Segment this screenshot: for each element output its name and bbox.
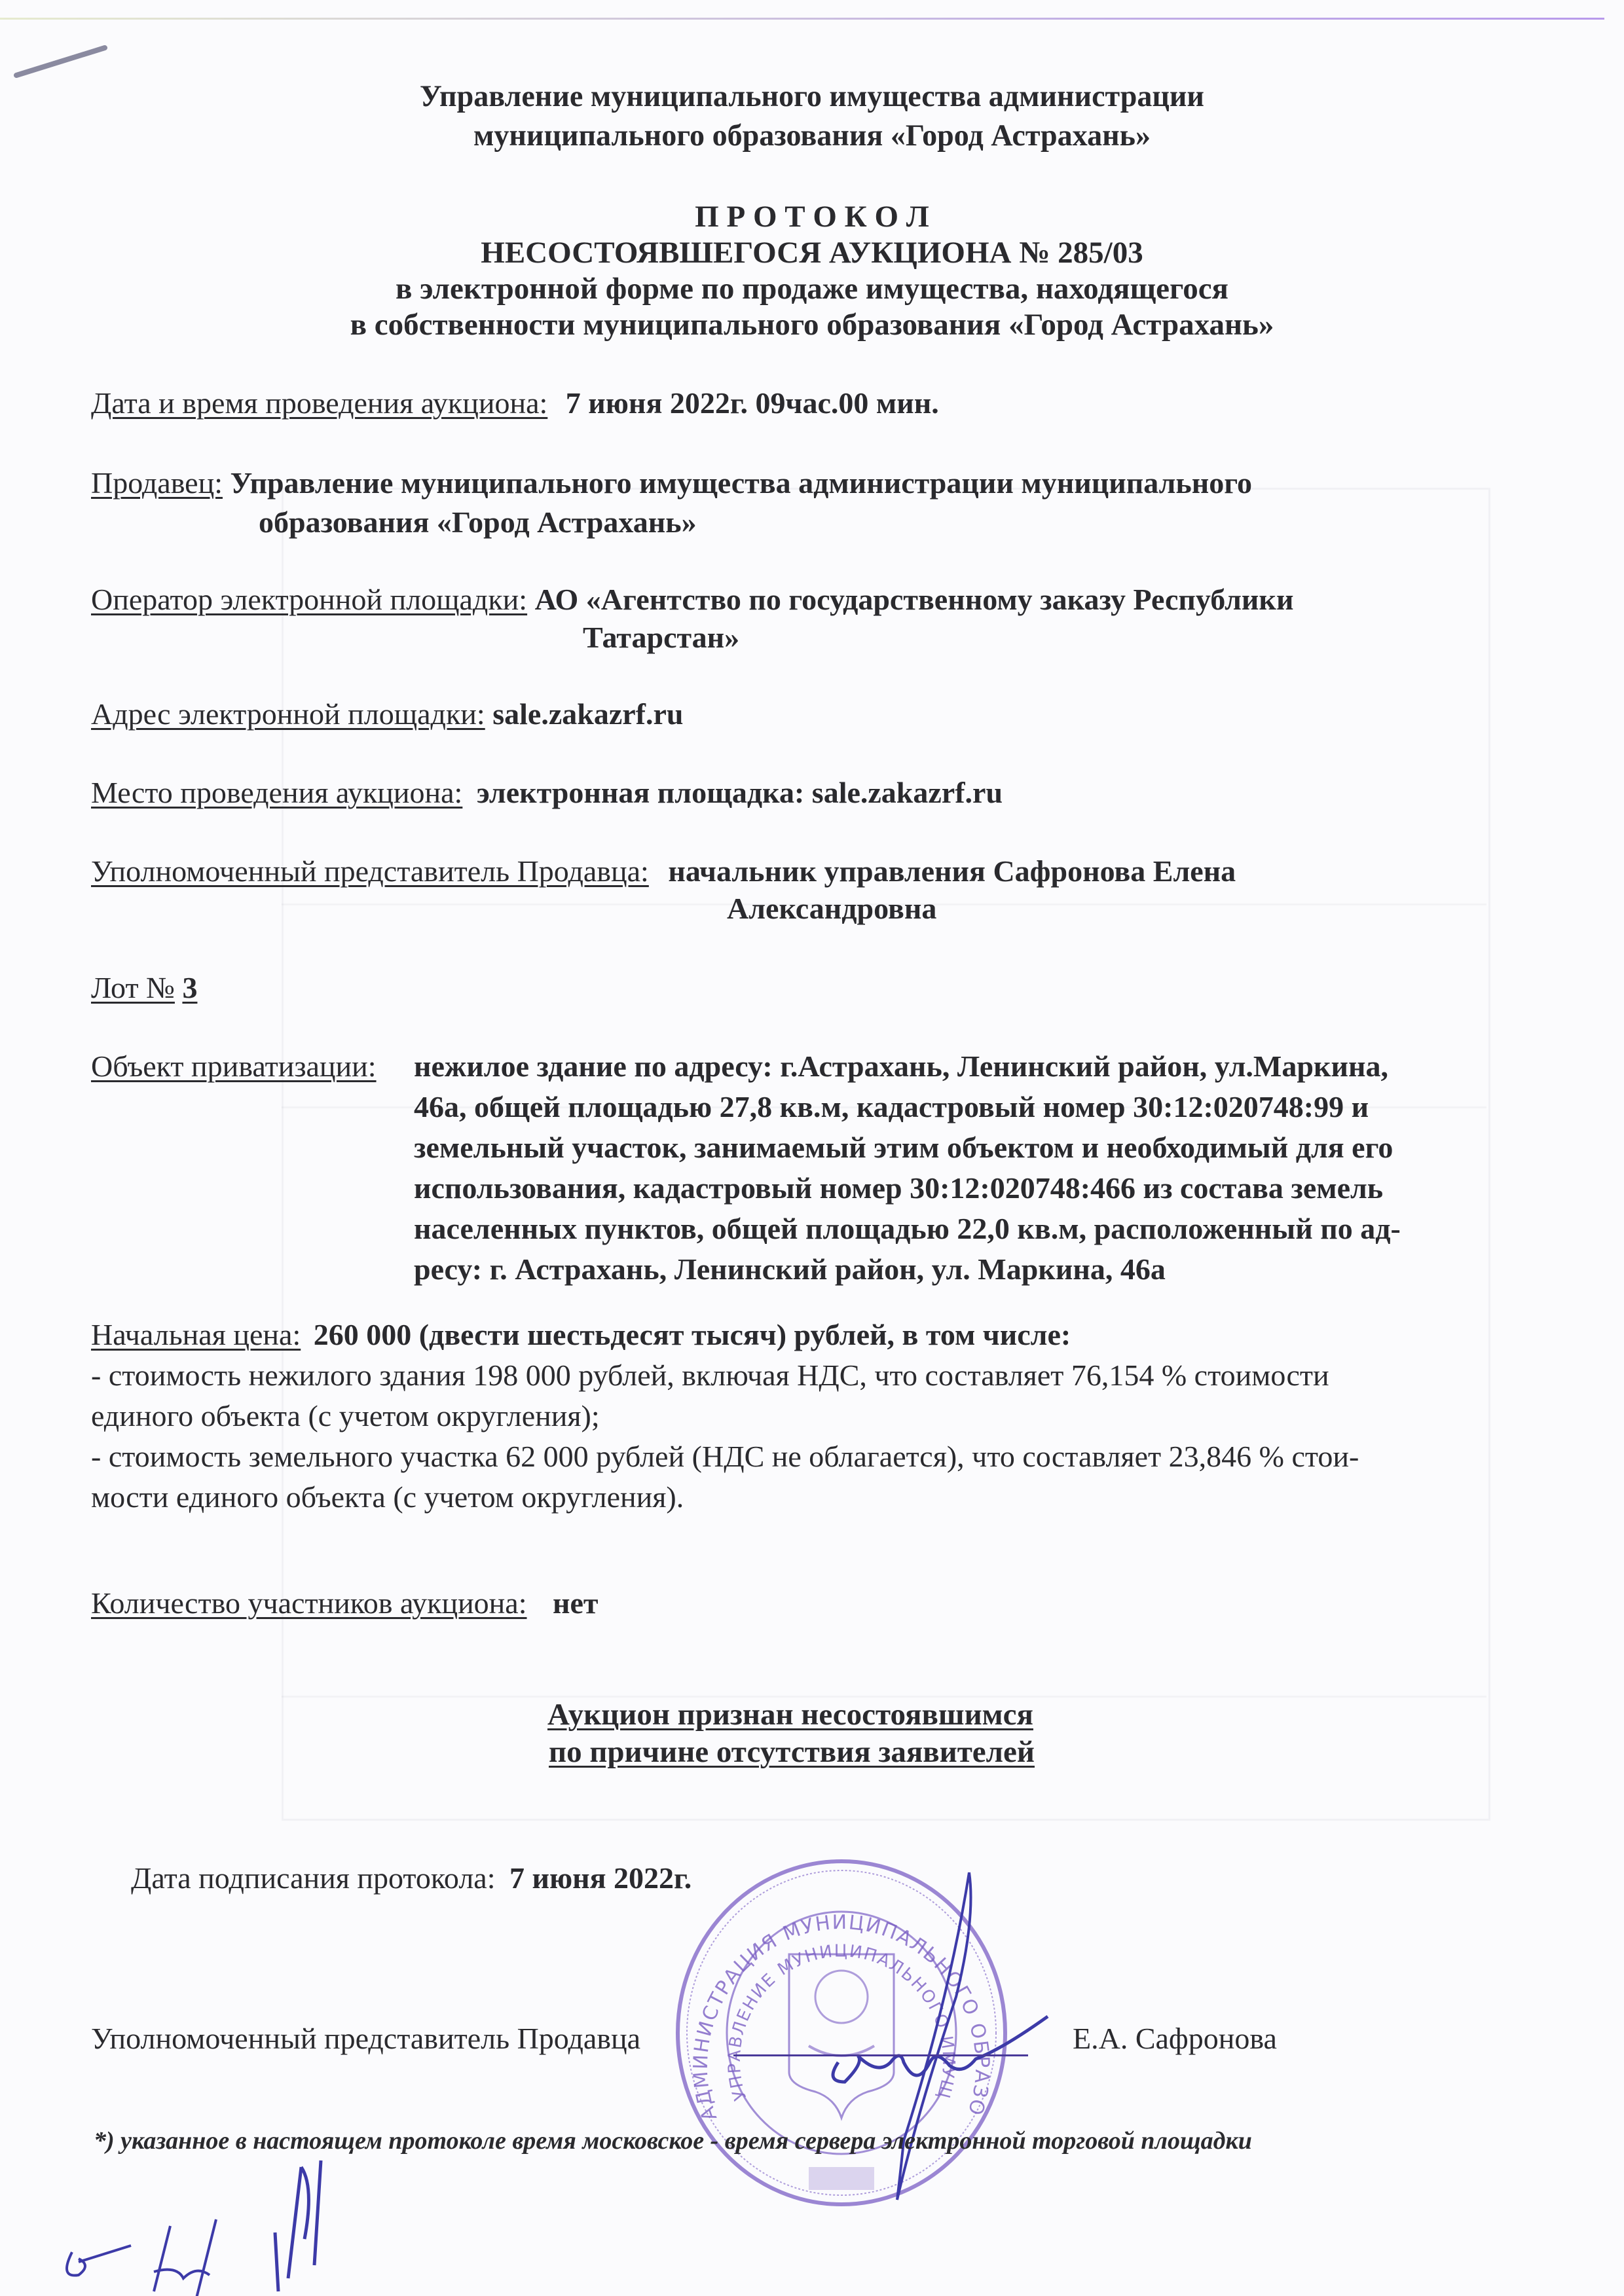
price-item-land-cont: мости единого объекта (с учетом округлен… <box>91 1477 1538 1518</box>
field-price: Начальная цена: 260 000 (двести шестьдес… <box>91 1315 1071 1355</box>
signature <box>786 1866 1087 2206</box>
field-label: Продавец: <box>91 466 223 500</box>
object-line: нежилое здание по адресу: г.Астрахань, Л… <box>414 1046 1527 1087</box>
signer-label: Уполномоченный представитель Продавца <box>91 2018 640 2059</box>
field-operator: Оператор электронной площадки: АО «Агент… <box>91 579 1293 620</box>
initials-signatures <box>39 2147 432 2296</box>
field-lot: Лот № 3 <box>91 968 197 1008</box>
field-representative: Уполномоченный представитель Продавца: н… <box>91 851 1236 892</box>
auction-subtitle-line2: в собственности муниципального образован… <box>0 306 1624 344</box>
field-value: АО «Агентство по государственному заказу… <box>535 583 1294 616</box>
auction-title: НЕСОСТОЯВШЕГОСЯ АУКЦИОНА № 285/03 <box>0 234 1624 272</box>
scan-edge-line <box>0 18 1604 20</box>
field-value: нет <box>553 1586 599 1620</box>
field-label: Дата и время проведения аукциона: <box>91 386 547 420</box>
org-header-line1: Управление муниципального имущества адми… <box>16 77 1608 116</box>
object-line: земельный участок, занимаемый этим объек… <box>414 1127 1527 1168</box>
field-representative-cont: Александровна <box>727 888 936 929</box>
field-value: Управление муниципального имущества адми… <box>230 466 1252 500</box>
field-label: Адрес электронной площадки: <box>91 697 485 731</box>
field-value: 260 000 (двести шестьдесят тысяч) рублей… <box>314 1318 1071 1351</box>
field-value: начальник управления Сафронова Елена <box>668 854 1236 888</box>
field-object-label: Объект приватизации: <box>91 1046 377 1087</box>
price-item-building: - стоимость нежилого здания 198 000 рубл… <box>91 1355 1538 1396</box>
auction-subtitle-line1: в электронной форме по продаже имущества… <box>0 270 1624 308</box>
field-operator-cont: Татарстан» <box>583 617 739 658</box>
result-line2: по причине отсутствия заявителей <box>549 1732 1035 1772</box>
field-seller-cont: образования «Город Астрахань» <box>259 502 697 543</box>
field-seller: Продавец: Управление муниципального имущ… <box>91 463 1252 503</box>
signing-date-label: Дата подписания протокола: <box>131 1861 495 1895</box>
field-value: sale.zakazrf.ru <box>492 697 683 731</box>
field-address: Адрес электронной площадки: sale.zakazrf… <box>91 694 683 735</box>
field-object-value: нежилое здание по адресу: г.Астрахань, Л… <box>414 1046 1527 1290</box>
field-participants: Количество участников аукциона: нет <box>91 1583 599 1624</box>
object-line: ресу: г. Астрахань, Ленинский район, ул.… <box>414 1249 1527 1290</box>
document-page: Управление муниципального имущества адми… <box>0 0 1624 2296</box>
signature-line <box>733 2054 1028 2056</box>
field-label: Оператор электронной площадки: <box>91 583 527 616</box>
price-item-building-cont: единого объекта (с учетом округления); <box>91 1396 1538 1436</box>
pen-mark <box>13 43 111 82</box>
field-label: Количество участников аукциона: <box>91 1586 527 1620</box>
field-value: 7 июня 2022г. 09час.00 мин. <box>566 386 939 420</box>
field-datetime: Дата и время проведения аукциона: 7 июня… <box>91 383 939 424</box>
field-value: 3 <box>182 971 197 1004</box>
object-line: населенных пунктов, общей площадью 22,0 … <box>414 1209 1527 1249</box>
field-label: Уполномоченный представитель Продавца: <box>91 854 649 888</box>
field-label: Объект приватизации: <box>91 1049 377 1083</box>
org-header-line2: муниципального образования «Город Астрах… <box>16 116 1608 155</box>
field-label: Начальная цена: <box>91 1318 301 1351</box>
signer-name: Е.А. Сафронова <box>1073 2018 1277 2059</box>
price-breakdown: - стоимость нежилого здания 198 000 рубл… <box>91 1355 1538 1518</box>
protocol-title: П Р О Т О К О Л <box>0 198 1624 236</box>
signing-date: Дата подписания протокола: 7 июня 2022г. <box>131 1858 692 1899</box>
object-line: использования, кадастровый номер 30:12:0… <box>414 1168 1527 1209</box>
price-item-land: - стоимость земельного участка 62 000 ру… <box>91 1436 1538 1477</box>
field-value: электронная площадка: sale.zakazrf.ru <box>477 776 1003 809</box>
field-place: Место проведения аукциона: электронная п… <box>91 773 1003 813</box>
field-label: Лот № <box>91 971 175 1004</box>
object-line: 46а, общей площадью 27,8 кв.м, кадастров… <box>414 1087 1527 1127</box>
result-line1: Аукцион признан несостоявшимся <box>547 1694 1033 1735</box>
field-label: Место проведения аукциона: <box>91 776 462 809</box>
